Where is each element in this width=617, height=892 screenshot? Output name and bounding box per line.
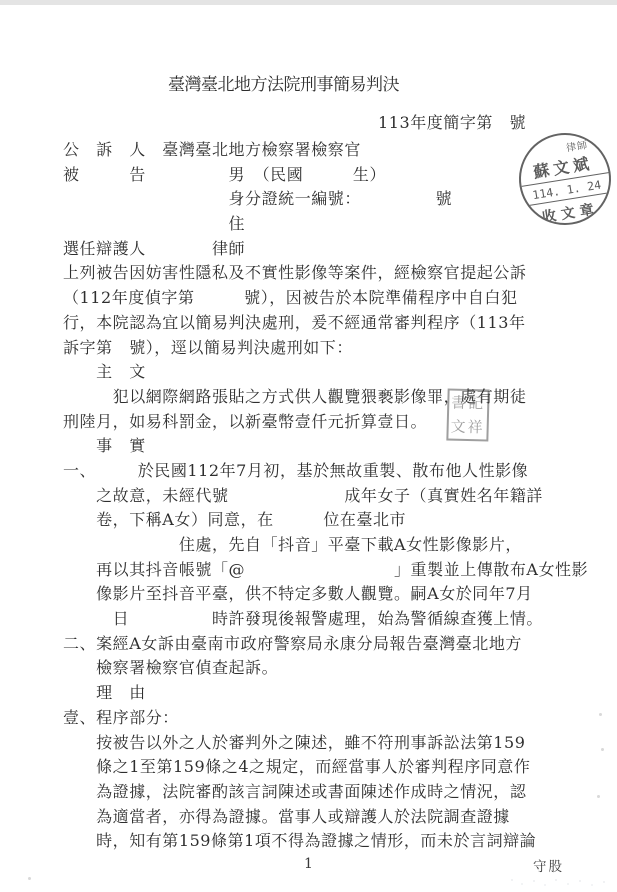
document-line: 選任辯護人 律師 xyxy=(63,237,577,262)
document-line: 二、案經A女訴由臺南市政府警察局永康分局報告臺灣臺北地方 xyxy=(63,632,577,657)
court-division-label: 守股 xyxy=(533,855,564,875)
document-line: 訴字第 號），逕以簡易判決處刑如下： xyxy=(63,336,577,361)
case-number: 113年度簡字第 號 xyxy=(63,110,577,135)
scan-noise-smudge xyxy=(508,876,612,888)
document-line: 被 告 男 （民國 生） xyxy=(63,163,577,188)
document-line: 之故意，未經代號 成年女子（真實姓名年籍詳 xyxy=(63,484,577,509)
document-line: 像影片至抖音平臺，供不特定多數人觀覽。嗣A女於同年7月 xyxy=(63,582,577,607)
document-line: 檢察署檢察官偵查起訴。 xyxy=(63,656,577,681)
document-line: 再以其抖音帳號「@ 」重製並上傳散布A女性影 xyxy=(63,558,577,583)
document-line: 壹、程序部分： xyxy=(63,706,577,731)
document-line: 理 由 xyxy=(63,681,577,706)
document-line: 一、 於民國112年7月初，基於無故重製、散布他人性影像 xyxy=(63,459,577,484)
document-line: 住 xyxy=(63,212,577,237)
document-line: （112年度偵字第 號），因被告於本院準備程序中自白犯 xyxy=(63,286,577,311)
document-title: 臺灣臺北地方法院刑事簡易判決 xyxy=(63,73,577,98)
document-line: 按被告以外之人於審判外之陳述，雖不符刑事訴訟法第159 xyxy=(63,731,577,756)
document-line: 為證據，法院審酌該言詞陳述或書面陳述作成時之情況，認 xyxy=(63,780,577,805)
document-line: 犯以網際網路張貼之方式供人觀覽猥褻影像罪，處有期徒 xyxy=(63,385,577,410)
page-number: 1 xyxy=(0,856,617,872)
document-line: 公 訴 人 臺灣臺北地方檢察署檢察官 xyxy=(63,138,577,163)
document-line: 事 實 xyxy=(63,434,577,459)
document-line: 主 文 xyxy=(63,360,577,385)
scan-noise xyxy=(28,877,31,880)
document-line: 刑陸月，如易科罰金，以新臺幣壹仟元折算壹日。 xyxy=(63,410,577,435)
scanned-judgment-page: 臺灣臺北地方法院刑事簡易判決 113年度簡字第 號 公 訴 人 臺灣臺北地方檢察… xyxy=(0,0,617,892)
judgment-document: 臺灣臺北地方法院刑事簡易判決 113年度簡字第 號 公 訴 人 臺灣臺北地方檢察… xyxy=(0,0,617,854)
document-line: 條之1至第159條之4之規定，而經當事人於審判程序同意作 xyxy=(63,755,577,780)
document-line: 住處，先自「抖音」平臺下載A女性影像影片， xyxy=(63,533,577,558)
document-line: 為適當者，亦得為證據。當事人或辯護人於法院調查證據 xyxy=(63,805,577,830)
document-line: 行，本院認為宜以簡易判決處刑，爰不經通常審判程序（113年 xyxy=(63,311,577,336)
document-line: 上列被告因妨害性隱私及不實性影像等案件，經檢察官提起公訴 xyxy=(63,261,577,286)
document-line: 日 時許發現後報警處理，始為警循線查獲上情。 xyxy=(63,607,577,632)
document-line: 卷，下稱A女）同意，在 位在臺北市 xyxy=(63,508,577,533)
document-line: 身分證統一編號： 號 xyxy=(63,187,577,212)
document-line: 時，知有第159條第1項不得為證據之情形，而未於言詞辯論 xyxy=(63,829,577,854)
document-body: 公 訴 人 臺灣臺北地方檢察署檢察官被 告 男 （民國 生） 身分證統一編號： … xyxy=(63,138,577,854)
